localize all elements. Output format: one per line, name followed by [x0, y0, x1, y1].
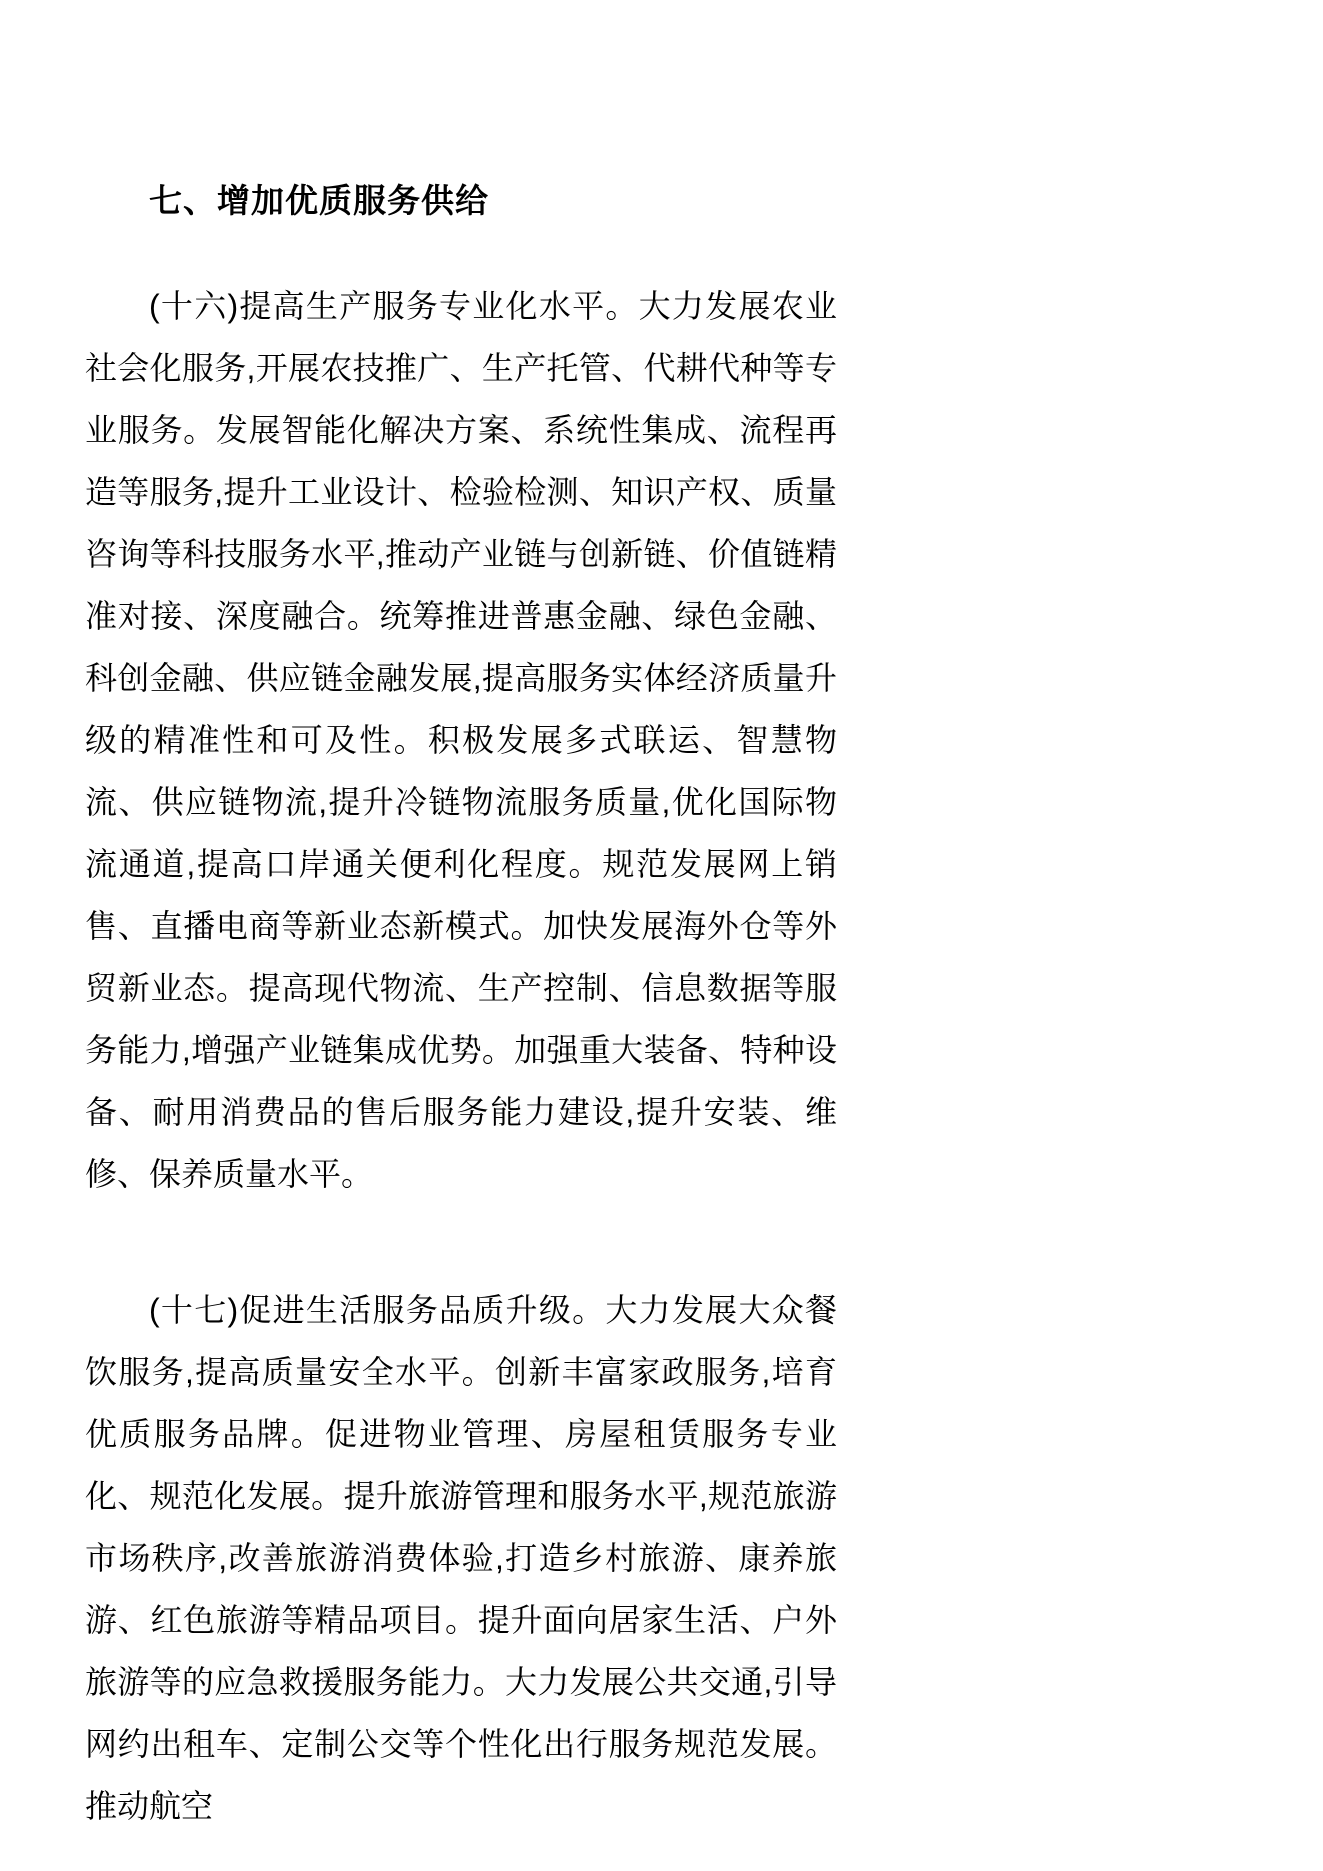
- paragraph-17: (十七)促进生活服务品质升级。大力发展大众餐饮服务,提高质量安全水平。创新丰富家…: [85, 1279, 837, 1837]
- section-heading: 七、增加优质服务供给: [149, 183, 1323, 219]
- document-page: 七、增加优质服务供给 (十六)提高生产服务专业化水平。大力发展农业社会化服务,开…: [0, 0, 1323, 1871]
- paragraph-16: (十六)提高生产服务专业化水平。大力发展农业社会化服务,开展农技推广、生产托管、…: [85, 275, 837, 1205]
